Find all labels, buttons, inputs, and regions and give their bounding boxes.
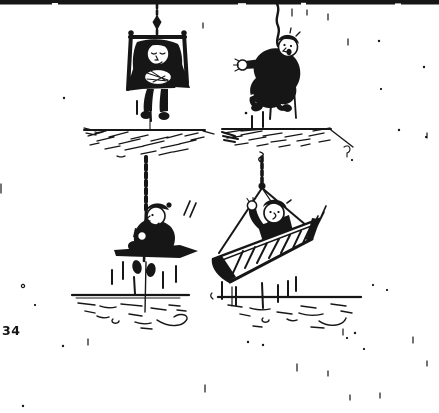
hand — [247, 201, 256, 210]
hoist-swivel — [153, 15, 162, 31]
hoist-rope — [277, 4, 279, 46]
cartoon-illustration — [0, 0, 439, 413]
page-number: 34 — [2, 323, 20, 338]
motion-marks — [184, 201, 196, 217]
panel-sling-seat-hoist — [84, 4, 214, 166]
panel-clinging-to-rope — [222, 4, 353, 163]
panel-bosun-chair-hoist — [72, 157, 198, 329]
figure-clinging — [234, 28, 301, 118]
seat-board — [114, 245, 198, 258]
hand — [138, 232, 147, 241]
water-drips — [112, 262, 176, 294]
water-hatch — [224, 128, 330, 147]
ripples — [78, 303, 187, 329]
stray-mark — [344, 146, 350, 157]
figure-in-sling — [126, 30, 190, 120]
ripples — [228, 304, 352, 328]
print-specks — [1, 9, 427, 407]
legs — [144, 89, 168, 112]
panel-rescue-basket-hoist — [211, 157, 361, 328]
book-page: 34 — [0, 0, 439, 413]
top-edge-rule — [0, 0, 439, 5]
